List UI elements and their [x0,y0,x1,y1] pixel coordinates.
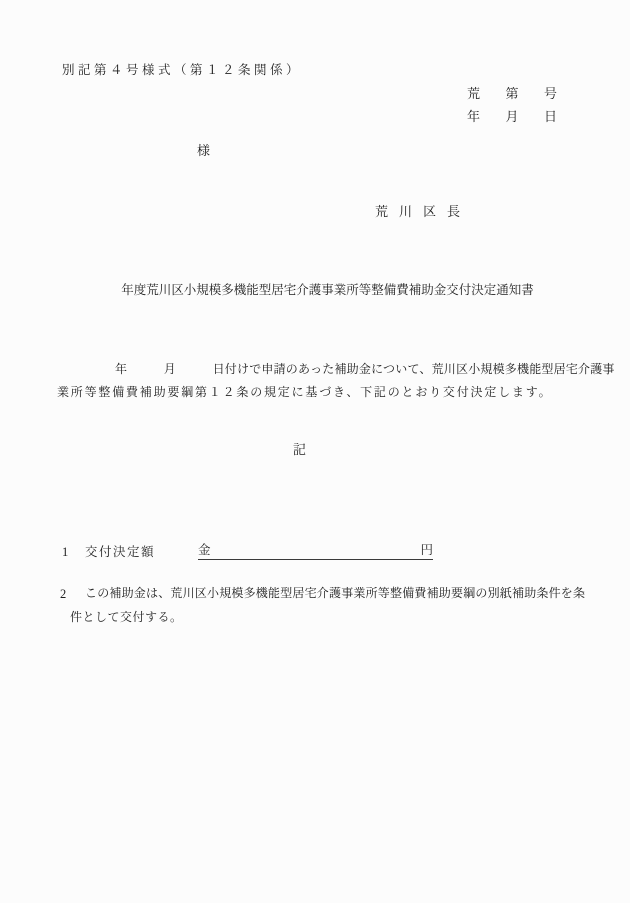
document-page: 別記第４号様式（第１２条関係） 荒 第 号 年 月 日 様 荒川区長 年度荒川区… [0,0,630,903]
record-heading: 記 [293,443,306,458]
ref-dai-label: 第 [505,87,518,102]
sender-title: 荒川区長 [375,205,471,220]
body-paragraph-line-1: 年 月 日付けで申請のあった補助金について、荒川区小規模多機能型居宅介護事 [115,363,615,377]
item2-text-line-1: この補助金は、荒川区小規模多機能型居宅介護事業所等整備費補助要綱の別紙補助条件を… [85,587,585,601]
date-month-label: 月 [505,110,518,125]
amount-fill-in-blank: 金 円 [198,543,433,560]
item1-label: 交付決定額 [85,545,155,559]
ref-go-label: 号 [544,87,557,102]
document-title: 年度荒川区小規模多機能型居宅介護事業所等整備費補助金交付決定通知書 [0,283,630,297]
ref-prefix-label: 荒 [467,87,480,102]
body-paragraph-line-2: 業所等整備費補助要綱第１２条の規定に基づき、下記のとおり交付決定します。 [57,386,552,400]
reference-number-line: 荒 第 号 [467,87,557,102]
item1-number: 1 [62,545,68,559]
item2-number: 2 [60,587,66,601]
amount-suffix-label: 円 [420,543,433,557]
date-year-label: 年 [467,110,480,125]
form-number-label: 別記第４号様式（第１２条関係） [62,63,302,77]
amount-prefix-label: 金 [198,543,211,557]
date-day-label: 日 [544,110,557,125]
item2-text-line-2: 件として交付する。 [70,611,183,625]
date-line: 年 月 日 [467,110,557,125]
addressee-honorific: 様 [197,144,210,159]
